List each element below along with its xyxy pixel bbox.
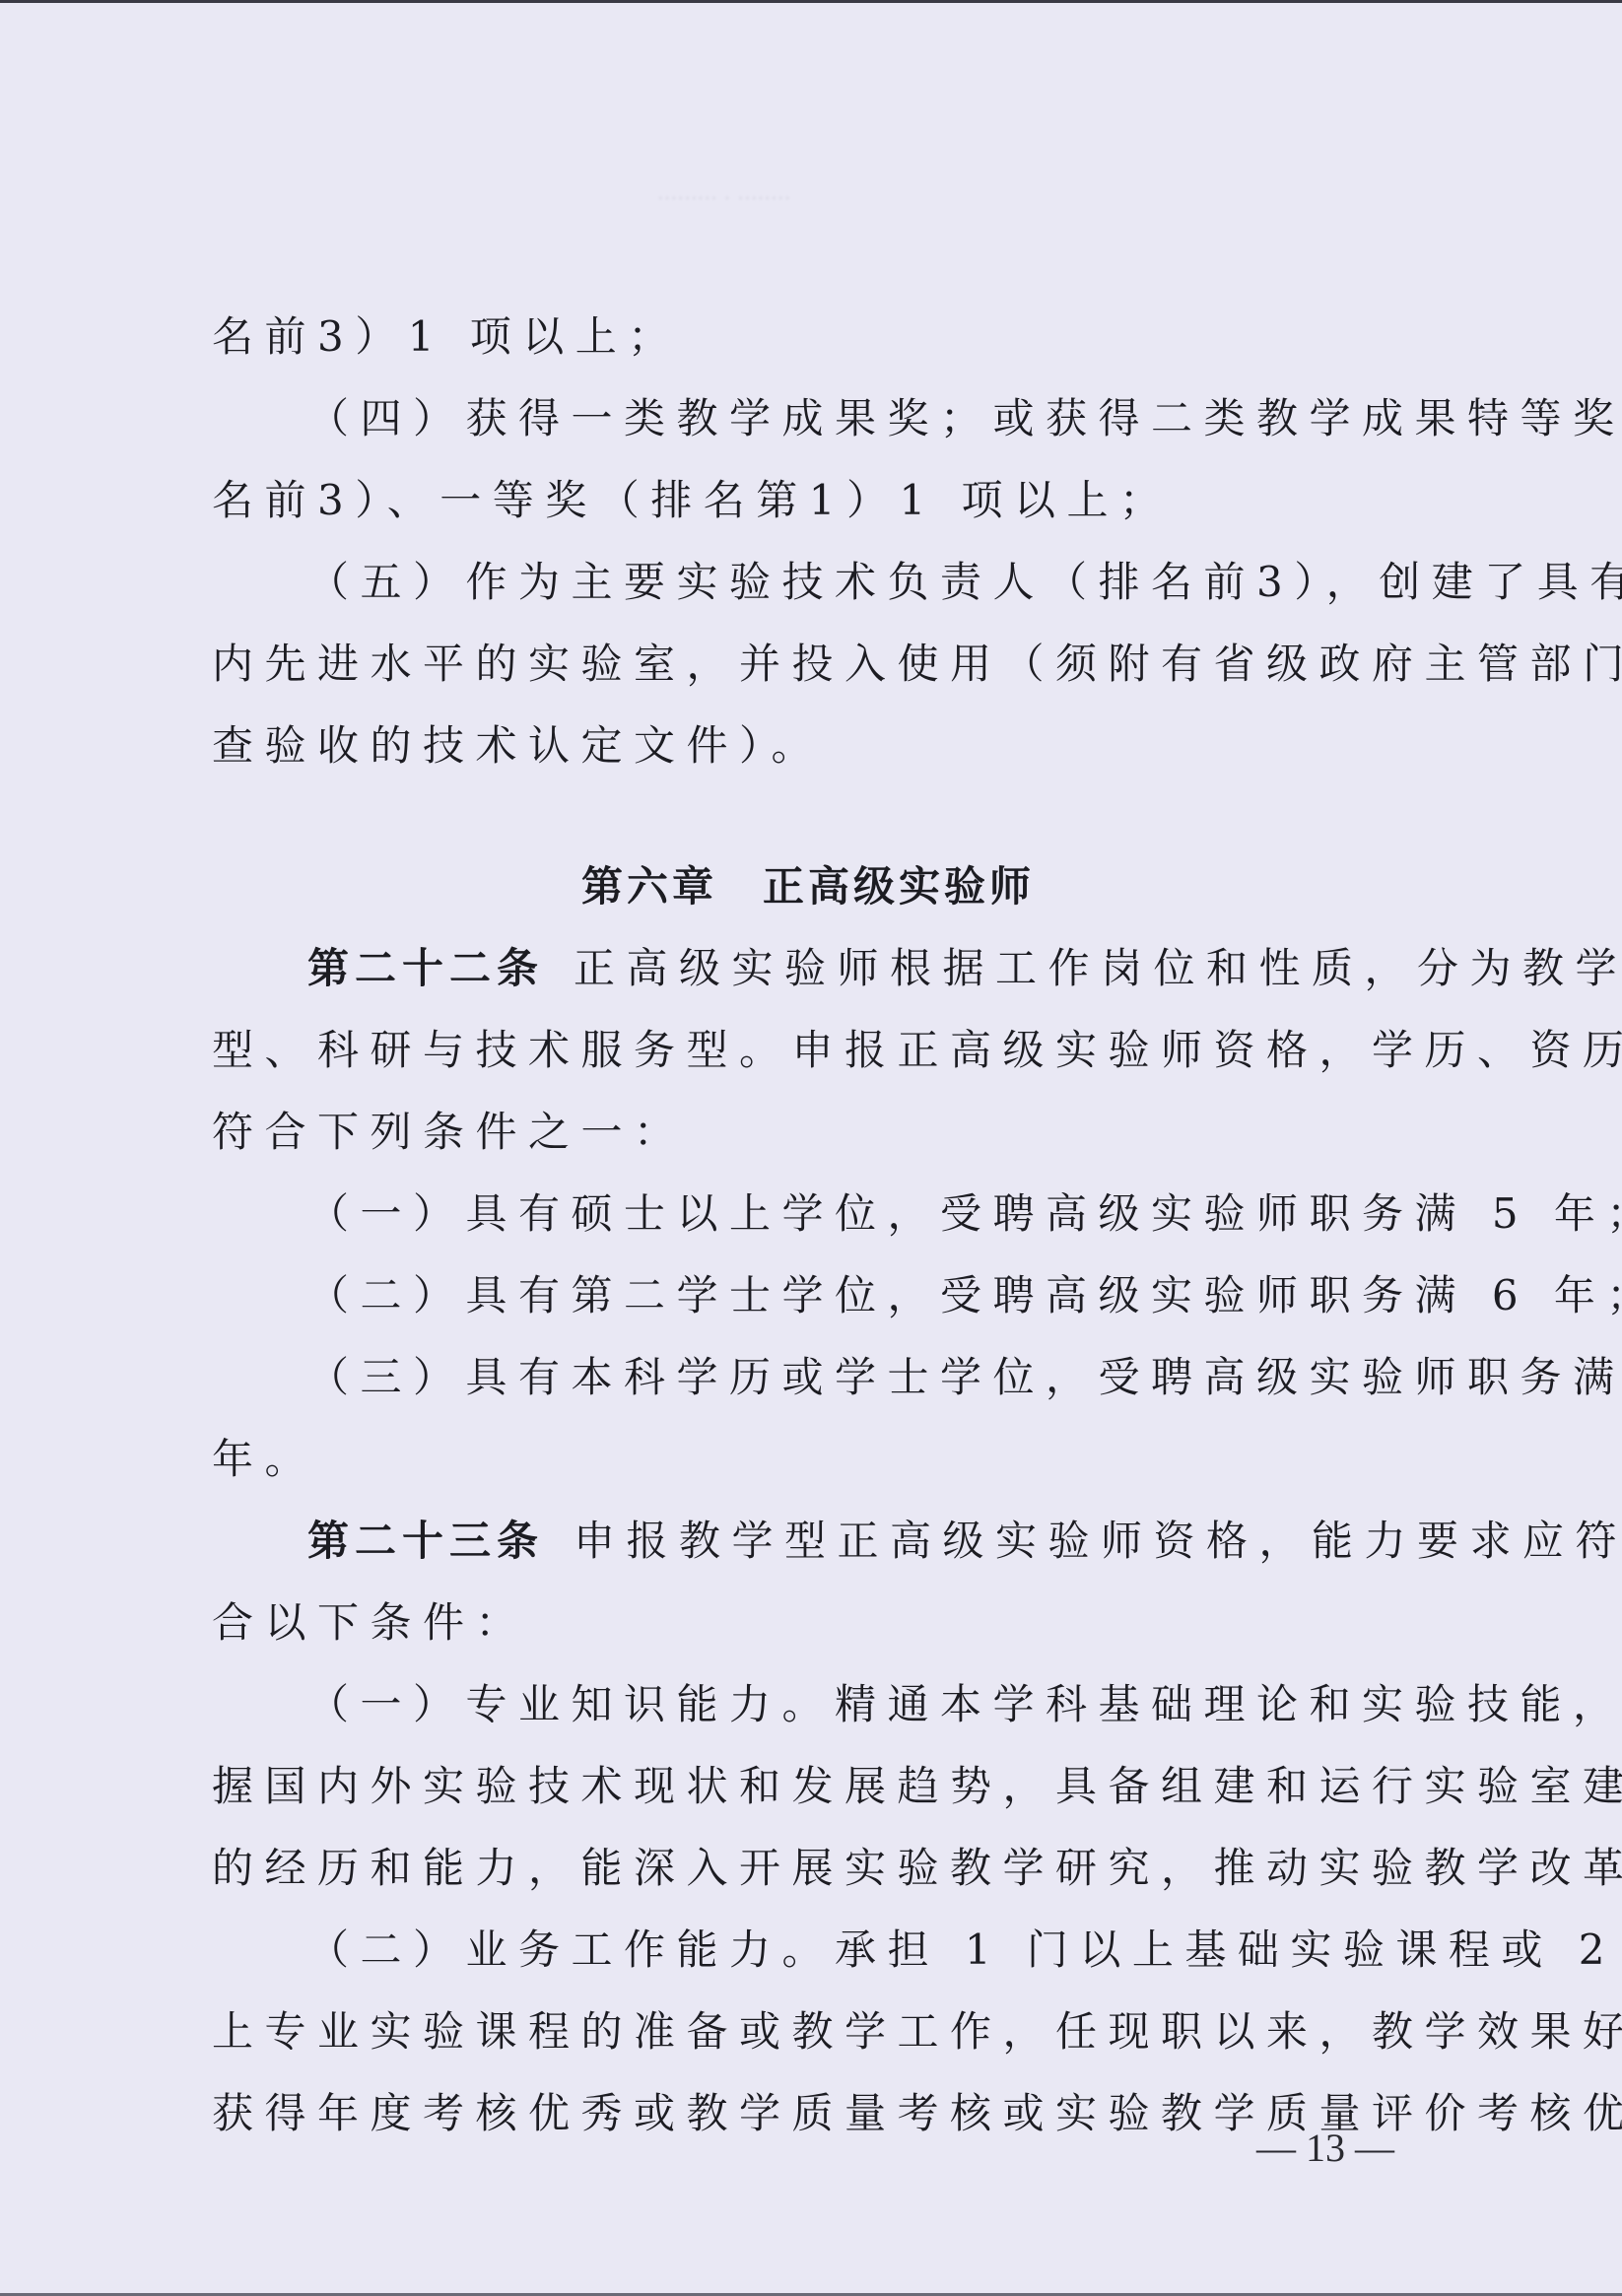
list-item: （二）业务工作能力。承担 1 门以上基础实验课程或 2 门以 [212,1909,1424,1991]
text-line: 正高级实验师根据工作岗位和性质，分为教学 [574,944,1622,992]
text-line: 名前3）、一等奖（排名第1）1 项以上； [212,459,1424,541]
list-item: （二）具有第二学士学位，受聘高级实验师职务满 6 年； [212,1254,1424,1336]
faint-header-text: ········· · ········ [658,189,964,207]
text-line: 合以下条件： [212,1582,1424,1663]
text-line: 上专业实验课程的准备或教学工作，任现职以来，教学效果好， [212,1991,1424,2072]
article-label: 第二十三条 [307,1517,544,1565]
page-number: — 13 — [1222,2119,1429,2178]
article-22-first-line: 第二十二条正高级实验师根据工作岗位和性质，分为教学 [212,927,1424,1009]
text-line: 握国内外实验技术现状和发展趋势，具备组建和运行实验室建设 [212,1745,1424,1827]
text-line: 申报教学型正高级实验师资格，能力要求应符 [574,1517,1622,1565]
section-gap [212,786,1424,845]
text-line: 名前3）1 项以上； [212,296,1424,377]
text-line: 符合下列条件之一： [212,1091,1424,1173]
article-label: 第二十二条 [307,944,544,992]
list-item: （一）具有硕士以上学位，受聘高级实验师职务满 5 年； [212,1173,1424,1254]
text-line: 查验收的技术认定文件）。 [212,705,1424,786]
text-line: （五）作为主要实验技术负责人（排名前3），创建了具有省 [212,541,1424,623]
chapter-title: 第六章 正高级实验师 [212,845,1424,927]
text-line: 的经历和能力，能深入开展实验教学研究，推动实验教学改革。 [212,1827,1424,1909]
text-line: 内先进水平的实验室，并投入使用（须附有省级政府主管部门检 [212,623,1424,705]
list-item: （一）专业知识能力。精通本学科基础理论和实验技能，掌 [212,1663,1424,1745]
text-line: 型、科研与技术服务型。申报正高级实验师资格，学历、资历应 [212,1009,1424,1091]
text-line: （四）获得一类教学成果奖；或获得二类教学成果特等奖（排 [212,377,1424,459]
scan-top-edge [0,0,1622,3]
list-item: （三）具有本科学历或学士学位，受聘高级实验师职务满 8 [212,1336,1424,1418]
article-23-first-line: 第二十三条申报教学型正高级实验师资格，能力要求应符 [212,1500,1424,1582]
document-body: 名前3）1 项以上； （四）获得一类教学成果奖；或获得二类教学成果特等奖（排 名… [212,296,1424,2154]
text-line: 年。 [212,1418,1424,1500]
